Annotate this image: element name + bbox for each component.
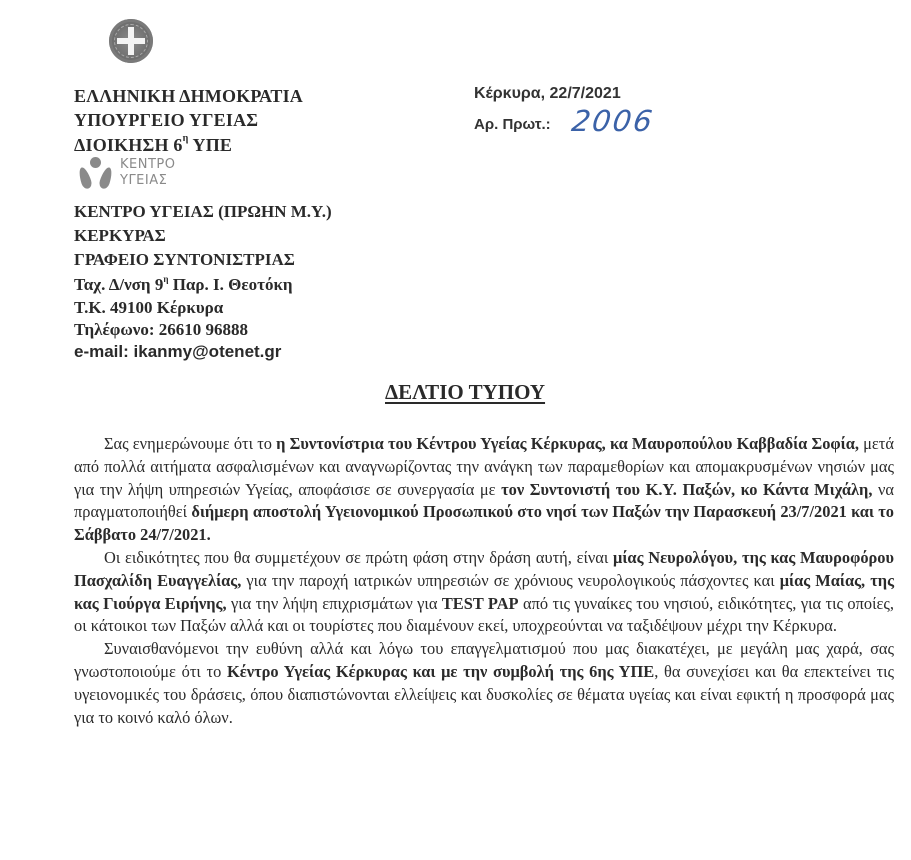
document-title: ΔΕΛΤΙΟ ΤΥΠΟΥ <box>385 380 545 405</box>
administration-suffix: ΥΠΕ <box>188 135 232 155</box>
document-body: Σας ενημερώνουμε ότι το η Συντονίστρια τ… <box>74 433 894 729</box>
logo-leaf-left-icon <box>77 166 93 190</box>
administration-prefix: ΔΙΟΙΚΗΣΗ 6 <box>74 135 183 155</box>
org-office: ΓΡΑΦΕΙΟ ΣΥΝΤΟΝΙΣΤΡΙΑΣ <box>74 250 295 270</box>
paragraph-1: Σας ενημερώνουμε ότι το η Συντονίστρια τ… <box>74 433 894 547</box>
administration-sup: η <box>183 133 189 144</box>
protocol-number-handwritten: 2006 <box>570 104 657 138</box>
body-text: Σας ενημερώνουμε ότι το <box>104 434 276 453</box>
logo-text-line1: ΚΕΝΤΡΟ <box>120 158 175 172</box>
body-text: για την παροχή ιατρικών υπηρεσιών σε χρό… <box>241 571 779 590</box>
postal-address: Ταχ. Δ/νση 9η Παρ. Ι. Θεοτόκη <box>74 275 293 295</box>
postcode: Τ.Κ. 49100 Κέρκυρα <box>74 298 223 318</box>
logo-text-line2: ΥΓΕΙΑΣ <box>120 174 167 188</box>
protocol-label: Αρ. Πρωτ.: <box>474 116 551 133</box>
paragraph-3: Συναισθανόμενοι την ευθύνη αλλά και λόγω… <box>74 638 894 729</box>
paragraph-2: Οι ειδικότητες που θα συμμετέχουν σε πρώ… <box>74 547 894 638</box>
address-sup: η <box>163 274 168 284</box>
address-prefix: Ταχ. Δ/νση 9 <box>74 275 163 294</box>
emphasized-text: TEST PAP <box>442 594 519 613</box>
header-republic: ΕΛΛΗΝΙΚΗ ΔΗΜΟΚΡΑΤΙΑ <box>74 86 303 107</box>
body-text: Οι ειδικότητες που θα συμμετέχουν σε πρώ… <box>104 548 613 567</box>
health-center-logo: ΚΕΝΤΡΟ ΥΓΕΙΑΣ <box>80 155 220 195</box>
body-text: για την λήψη επιχρισμάτων για <box>227 594 442 613</box>
greek-emblem-icon <box>109 19 153 63</box>
org-name: ΚΕΝΤΡΟ ΥΓΕΙΑΣ (ΠΡΩΗΝ Μ.Υ.) <box>74 202 332 222</box>
address-suffix: Παρ. Ι. Θεοτόκη <box>168 275 292 294</box>
org-city: ΚΕΡΚΥΡΑΣ <box>74 226 166 246</box>
header-administration: ΔΙΟΙΚΗΣΗ 6η ΥΠΕ <box>74 135 232 156</box>
email: e-mail: ikanmy@otenet.gr <box>74 342 281 362</box>
emphasized-text: τον Συντονιστή του Κ.Υ. Παξών, κο Κάντα … <box>501 480 872 499</box>
emblem-cross-horizontal <box>117 38 145 44</box>
logo-head-icon <box>90 157 101 168</box>
header-ministry: ΥΠΟΥΡΓΕΙΟ ΥΓΕΙΑΣ <box>74 110 258 131</box>
phone: Τηλέφωνο: 26610 96888 <box>74 320 248 340</box>
logo-leaf-right-icon <box>98 166 114 190</box>
place-date: Κέρκυρα, 22/7/2021 <box>474 85 621 103</box>
emphasized-text: Κέντρο Υγείας Κέρκυρας και με την συμβολ… <box>227 662 654 681</box>
emphasized-text: η Συντονίστρια του Κέντρου Υγείας Κέρκυρ… <box>276 434 859 453</box>
emphasized-text: διήμερη αποστολή Υγειονομικού Προσωπικού… <box>74 502 894 544</box>
